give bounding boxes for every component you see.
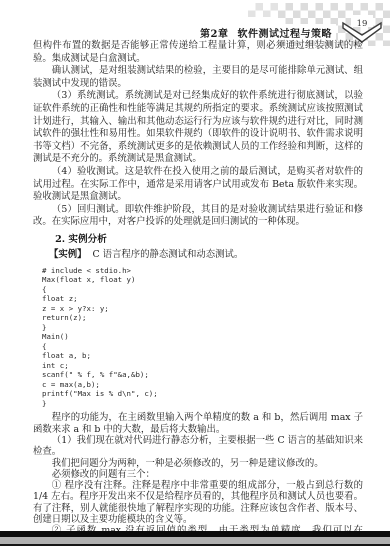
code-line: # include < stdio.h> — [42, 266, 363, 276]
paragraph: 但构件布置的数据是否能够正常传递给工程量计算，则必须通过组装测试的检验。集成测试… — [33, 40, 363, 65]
page-number: 19 — [357, 19, 368, 29]
paragraph: （3）系统测试。系统测试是对已经集成好的软件系统进行彻底测试，以验证软件系统的正… — [33, 90, 363, 166]
code-line: float z; — [42, 294, 363, 304]
page-content: 但构件布置的数据是否能够正常传递给工程量计算，则必须通过组装测试的检验。集成测试… — [33, 40, 363, 546]
paragraph: 确认测试，是对组装测试结果的检验，主要目的是尽可能排除单元测试、组装测试中发现的… — [33, 65, 363, 90]
code-line: scanf(" % f, % f"&a,&b); — [42, 370, 363, 380]
code-line: } — [42, 399, 363, 409]
example-label: 【实例】 — [49, 249, 87, 260]
c-code-listing: # include < stdio.h> Max(float x, float … — [42, 266, 363, 409]
paragraph: ① 程序没有注释。注释是程序中非常重要的组成部分，一般占到总行数的 1/4 左右… — [33, 480, 363, 525]
chapter-title: 软件测试过程与策略 — [238, 29, 333, 40]
book-page: 第2章软件测试过程与策略 19 但构件布置的数据是否能够正常传递给工程量计算，则… — [0, 0, 390, 546]
paragraph: 必须修改的问题有三个： — [33, 469, 363, 480]
code-line: c = max(a,b); — [42, 380, 363, 390]
section-types-of-testing: 但构件布置的数据是否能够正常传递给工程量计算，则必须通过组装测试的检验。集成测试… — [33, 40, 363, 229]
code-line: printf("Max is % d\n", c); — [42, 389, 363, 399]
checkerboard-pattern-small — [248, 3, 278, 17]
section-static-analysis: 程序的功能为，在主函数里输入两个单精度的数 a 和 b，然后调用 max 子函数… — [33, 412, 363, 546]
example-text: C 语言程序的静态测试和动态测试。 — [92, 249, 243, 260]
code-line: return(z); — [42, 313, 363, 323]
code-line: { — [42, 342, 363, 352]
page-bottom-edge-gray — [0, 537, 390, 544]
paragraph: 我们把问题分为两种，一种是必须修改的，另一种是建议修改的。 — [33, 458, 363, 469]
paragraph: 程序的功能为，在主函数里输入两个单精度的数 a 和 b，然后调用 max 子函数… — [33, 412, 363, 435]
code-line: float a, b; — [42, 351, 363, 361]
running-header: 第2章软件测试过程与策略 — [196, 24, 336, 41]
paragraph: （4）验收测试。这是软件在投入使用之前的最后测试，是购买者对软件的试用过程。在实… — [33, 166, 363, 204]
code-line: Main() — [42, 332, 363, 342]
example-caption: 【实例】C 语言程序的静态测试和动态测试。 — [33, 249, 363, 261]
code-line: int c; — [42, 361, 363, 371]
code-line: } — [42, 323, 363, 333]
paragraph: （1）我们现在就对代码进行静态分析，主要根据一些 C 语言的基础知识来检查。 — [33, 435, 363, 458]
code-line: { — [42, 285, 363, 295]
code-line: z = x > y?x: y; — [42, 304, 363, 314]
section-heading: 2. 实例分析 — [33, 234, 363, 246]
chapter-number: 第2章 — [200, 29, 228, 40]
code-line: Max(float x, float y) — [42, 275, 363, 285]
paragraph: （5）回归测试。即软件维护阶段，其目的是对验收测试结果进行验证和修改。在实际应用… — [33, 204, 363, 229]
